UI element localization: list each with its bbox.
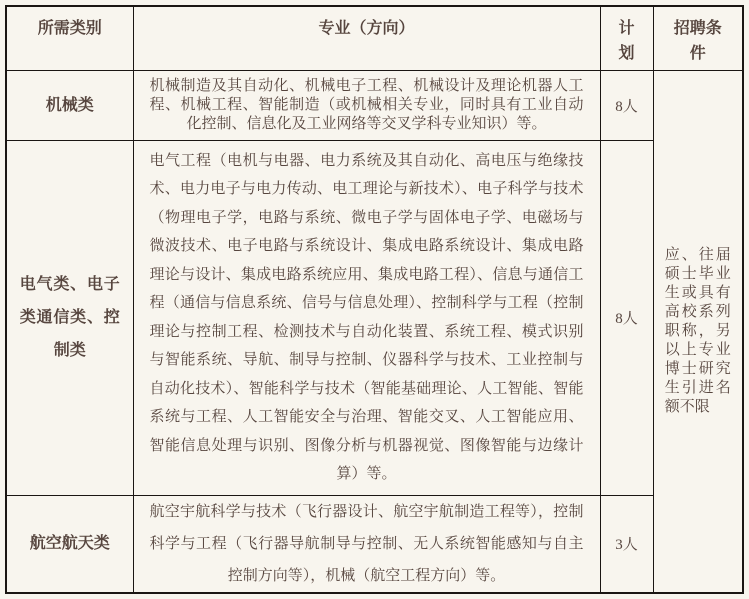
header-category: 所需类别	[6, 6, 133, 70]
plan-cell-aerospace: 3人	[600, 495, 653, 593]
conditions-cell: 应、往届硕士毕业生或具有高校系列职称，另以上专业博士研究生引进名额不限	[653, 70, 743, 593]
table-row-electrical: 电气类、电子类通信类、控制类 电气工程（电机与电器、电力系统及其自动化、高电压与…	[6, 140, 743, 495]
category-cell-electrical: 电气类、电子类通信类、控制类	[6, 140, 133, 495]
table-header-row: 所需类别 专业（方向） 计划 招聘条件	[6, 6, 743, 70]
recruitment-table: 所需类别 专业（方向） 计划 招聘条件 机械类 机械制造及其自动化、机械电子工程…	[5, 5, 744, 594]
plan-value: 3人	[615, 537, 638, 553]
plan-cell-mechanical: 8人	[600, 70, 653, 140]
plan-value: 8人	[615, 311, 638, 327]
category-cell-aerospace: 航空航天类	[6, 495, 133, 593]
major-cell-mechanical: 机械制造及其自动化、机械电子工程、机械设计及理论机器人工程、机械工程、智能制造（…	[133, 70, 600, 140]
category-label: 机械类	[20, 89, 120, 122]
major-text: 机械制造及其自动化、机械电子工程、机械设计及理论机器人工程、机械工程、智能制造（…	[150, 77, 584, 134]
major-cell-aerospace: 航空宇航科学与技术（飞行器设计、航空宇航制造工程等），控制科学与工程（飞行器导航…	[133, 495, 600, 593]
header-category-label: 所需类别	[7, 16, 133, 41]
category-label: 航空航天类	[20, 527, 120, 560]
conditions-text: 应、往届硕士毕业生或具有高校系列职称，另以上专业博士研究生引进名额不限	[665, 246, 731, 417]
major-cell-electrical: 电气工程（电机与电器、电力系统及其自动化、高电压与绝缘技术、电力电子与电力传动、…	[133, 140, 600, 495]
table-row-aerospace: 航空航天类 航空宇航科学与技术（飞行器设计、航空宇航制造工程等），控制科学与工程…	[6, 495, 743, 593]
major-text: 航空宇航科学与技术（飞行器设计、航空宇航制造工程等），控制科学与工程（飞行器导航…	[150, 496, 584, 592]
recruitment-table-page: 所需类别 专业（方向） 计划 招聘条件 机械类 机械制造及其自动化、机械电子工程…	[0, 0, 749, 599]
header-major: 专业（方向）	[133, 6, 600, 70]
category-label: 电气类、电子类通信类、控制类	[20, 268, 120, 367]
major-text: 电气工程（电机与电器、电力系统及其自动化、高电压与绝缘技术、电力电子与电力传动、…	[150, 147, 584, 489]
table-row-mechanical: 机械类 机械制造及其自动化、机械电子工程、机械设计及理论机器人工程、机械工程、智…	[6, 70, 743, 140]
header-plan: 计划	[600, 6, 653, 70]
plan-cell-electrical: 8人	[600, 140, 653, 495]
category-cell-mechanical: 机械类	[6, 70, 133, 140]
header-conditions: 招聘条件	[653, 6, 743, 70]
header-conditions-label: 招聘条件	[672, 16, 724, 66]
header-major-label: 专业（方向）	[134, 16, 600, 41]
plan-value: 8人	[615, 99, 638, 115]
header-plan-label: 计划	[618, 16, 636, 66]
